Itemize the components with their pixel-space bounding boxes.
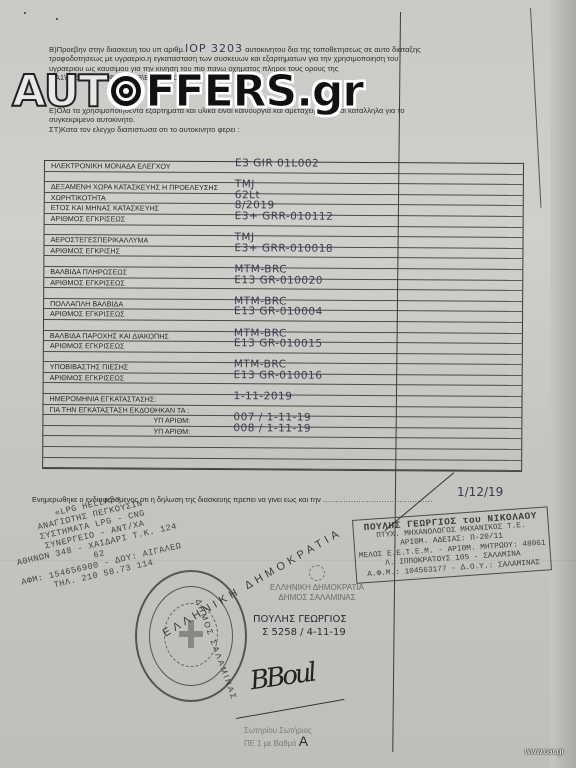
form-row-label: ΥΠ ΑΡΙΘΜ: bbox=[153, 416, 190, 426]
form-row-label: ΥΠΟΒΙΒΑΣΤΗΣ ΠΙΕΣΗΣ bbox=[50, 362, 129, 372]
form-row-label: ΒΑΛΒΙΔΑ ΠΑΡΟΧΗΣ ΚΑΙ ΔΙΑΚΟΠΗΣ bbox=[50, 331, 169, 341]
form-row-label: ΔΕΞΑΜΕΝΗ ΧΩΡΑ ΚΑΤΑΣΚΕΥΗΣ Η ΠΡΟΕΛΕΥΣΗΣ bbox=[51, 182, 218, 193]
form-row-label: ΑΡΙΘΜΟΣ ΕΓΚΡΙΣΕΩΣ bbox=[50, 309, 125, 319]
signatory-rank: ΠΕ 1 με Βαθμό bbox=[244, 739, 297, 748]
signature-line bbox=[236, 699, 345, 719]
signatory-mark: Α bbox=[299, 733, 308, 749]
municipal-line: ΔΗΜΟΣ ΣΑΛΑΜΙΝΑΣ bbox=[252, 593, 382, 603]
signature: BBoul bbox=[248, 658, 315, 697]
form-row-value: E13 GR-010016 bbox=[234, 371, 323, 381]
form-row-label: ΕΤΟΣ ΚΑΙ ΜΗΝΑΣ ΚΑΤΑΣΚΕΥΗΣ bbox=[51, 203, 159, 213]
handwritten-reference: Σ 5258 / 4-11-19 bbox=[262, 627, 346, 638]
form-row-value: E3 GIR 01L002 bbox=[235, 159, 319, 169]
form-row-value: 008 / 1-11-19 bbox=[233, 424, 311, 434]
form-row-value: E13 GR-010004 bbox=[234, 307, 323, 317]
form-row-label: ΥΠ ΑΡΙΘΜ: bbox=[153, 427, 190, 437]
signatory-caption: Σωτηρίου Σωτήριος ΠΕ 1 με Βαθμό Α bbox=[244, 725, 312, 749]
coat-of-arms-icon bbox=[309, 565, 325, 581]
fold-crease-line-right bbox=[530, 8, 541, 208]
form-row-value: E3+ GRR-010018 bbox=[234, 244, 333, 254]
watermark-prefix: AUT bbox=[12, 66, 107, 117]
page-edge bbox=[550, 0, 576, 768]
site-watermark: www.car.gr bbox=[525, 747, 564, 756]
form-row-label: ΑΡΙΘΜΟΣ ΕΓΚΡΙΣΕΩΣ bbox=[50, 341, 125, 351]
form-row-label: ΗΜΕΡΟΜΗΝΙΑ ΕΓΚΑΤΑΣΤΑΣΗΣ: bbox=[50, 394, 157, 404]
municipal-line: ΕΛΛΗΝΙΚΗ ΔΗΜΟΚΡΑΤΙΑ bbox=[252, 583, 382, 593]
form-row-value: E3+ GRR-010112 bbox=[235, 212, 334, 222]
form-row-value: 1-11-2019 bbox=[234, 392, 293, 402]
form-row-value: E13 GR-010020 bbox=[234, 276, 323, 286]
paragraph-st-text: ΣΤ)Κατα τον ελεγχο διαπιστωσα οτι το αυτ… bbox=[49, 125, 434, 134]
form-row-label: ΗΛΕΚΤΡΟΝΙΚΗ ΜΟΝΑΔΑ ΕΛΕΓΧΟΥ bbox=[51, 161, 171, 171]
speck bbox=[24, 12, 26, 14]
form-row-label: ΠΟΛΛΑΠΛΗ ΒΑΛΒΙΔΑ bbox=[50, 299, 123, 309]
watermark-suffix: FFERS.gr bbox=[145, 66, 363, 117]
notice-deadline: 1/12/19 bbox=[457, 485, 503, 499]
form-row-label: ΓΙΑ ΤΗΝ ΕΓΚΑΤΑΣΤΑΣΗ ΕΚΔΟΘΗΚΑΝ ΤΑ : bbox=[49, 405, 189, 415]
form-row-label: ΒΑΛΒΙΔΑ ΠΛΗΡΩΣΕΩΣ bbox=[50, 267, 127, 277]
paragraph-b-text: Β)Προεβην στην διασκευη του υπ αριθμ. bbox=[49, 45, 185, 54]
form-row bbox=[43, 458, 521, 472]
form-row-label: ΑΡΙΘΜΟΣ ΕΓΚΡΙΣΗΣ bbox=[50, 246, 120, 256]
target-icon bbox=[107, 72, 145, 110]
handwritten-name: ΠΟΥΛΗΣ ΓΕΩΡΓΙΟΣ bbox=[253, 614, 347, 625]
form-row-label: ΑΡΙΘΜΟΣ ΕΓΚΡΙΣΕΩΣ bbox=[50, 278, 125, 288]
form-row-label: ΧΩΡΗΤΙΚΟΤΗΤΑ bbox=[51, 193, 106, 203]
autoffers-watermark: AUTFFERS.gr bbox=[12, 70, 363, 114]
form-row-label: ΑΕΡΟΣΤΕΓΕΣΠΕΡΙΚΑΛΛΥΜΑ bbox=[50, 235, 148, 245]
plate-handwritten: ΙΟΡ 3203 bbox=[185, 42, 243, 55]
municipal-header-stamp: ΕΛΛΗΝΙΚΗ ΔΗΜΟΚΡΑΤΙΑ ΔΗΜΟΣ ΣΑΛΑΜΙΝΑΣ bbox=[252, 565, 382, 603]
equipment-form-table: ΗΛΕΚΤΡΟΝΙΚΗ ΜΟΝΑΔΑ ΕΛΕΓΧΟΥE3 GIR 01L002Δ… bbox=[42, 160, 524, 472]
form-row-value: E13 GR-010015 bbox=[234, 339, 323, 349]
form-row-label: ΑΡΙΘΜΟΣ ΕΓΚΡΙΣΕΩΣ bbox=[50, 373, 125, 383]
form-row-label: ΑΡΙΘΜΟΣ ΕΓΚΡΙΣΕΩΣ bbox=[51, 214, 126, 224]
speck bbox=[56, 18, 58, 20]
